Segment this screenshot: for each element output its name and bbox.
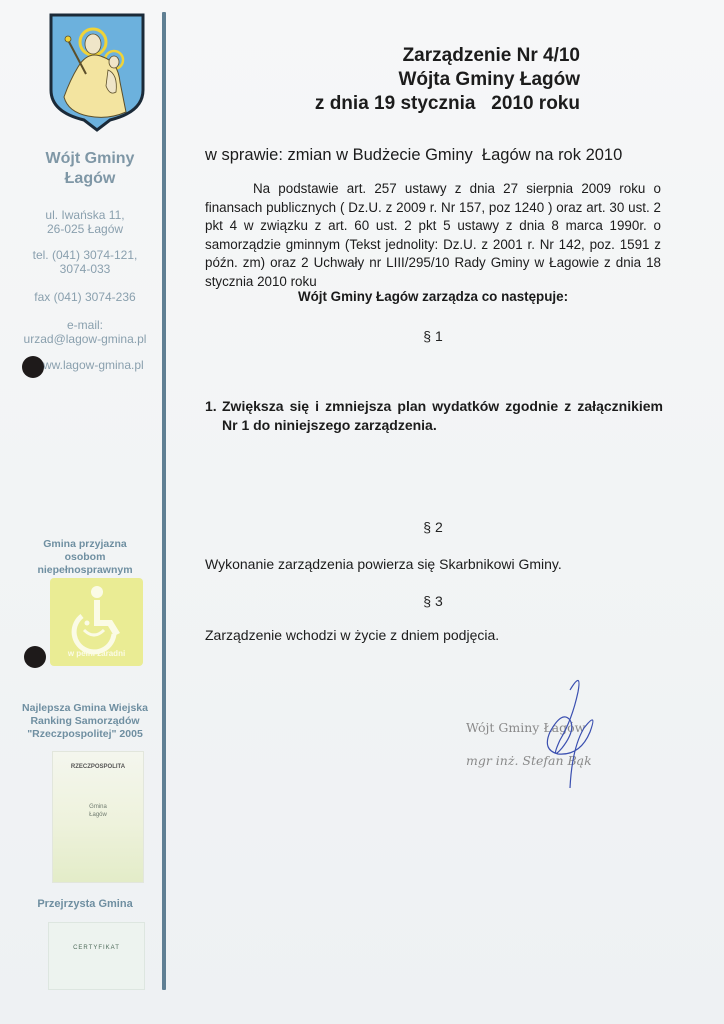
section-1-mark: § 1 [205,328,661,344]
disability-friendly-badge: w pełni zaradni [50,578,143,666]
legal-basis-paragraph: Na podstawie art. 257 ustawy z dnia 27 s… [205,180,661,291]
sidebar-divider [162,12,166,990]
phone: tel. (041) 3074-121, 3074-033 [10,248,160,276]
transparent-certificate-image: CERTYFIKAT [48,922,145,990]
section-3-text: Zarządzenie wchodzi w życie z dniem podj… [205,627,499,643]
disability-caption: Gmina przyjazna osobom niepełnosprawnym [10,538,160,577]
section-2-text: Wykonanie zarządzenia powierza się Skarb… [205,556,562,572]
document-title: Zarządzenie Nr 4/10 Wójta Gminy Łagów z … [260,44,580,116]
transparent-caption: Przejrzysta Gmina [10,898,160,911]
letterhead-sidebar: Wójt Gminy Łagów ul. Iwańska 11, 26-025 … [0,0,162,1024]
punch-hole [22,356,44,378]
document-subject: w sprawie: zmian w Budżecie Gminy Łagów … [205,146,622,165]
scanned-document-page: Wójt Gminy Łagów ul. Iwańska 11, 26-025 … [0,0,724,1024]
section-2-mark: § 2 [205,519,661,535]
section-3-mark: § 3 [205,593,661,609]
email-block: e-mail: urzad@lagow-gmina.pl [10,318,160,346]
badge-text: w pełni zaradni [50,649,143,658]
decree-line: Wójt Gminy Łagów zarządza co następuje: [205,289,661,304]
section-1-item: 1. Zwiększa się i zmniejsza plan wydatkó… [205,397,663,435]
coat-of-arms-icon [48,12,146,132]
ranking-certificate-image: RZECZPOSPOLITA Gmina Łagów [52,751,144,883]
office-title: Wójt Gminy Łagów [20,149,160,189]
signature-icon [520,670,630,790]
email-link[interactable]: urzad@lagow-gmina.pl [10,332,160,346]
punch-hole [24,646,46,668]
ranking-caption: Najlepsza Gmina Wiejska Ranking Samorząd… [10,702,160,741]
fax: fax (041) 3074-236 [10,290,160,304]
address: ul. Iwańska 11, 26-025 Łagów [10,208,160,236]
